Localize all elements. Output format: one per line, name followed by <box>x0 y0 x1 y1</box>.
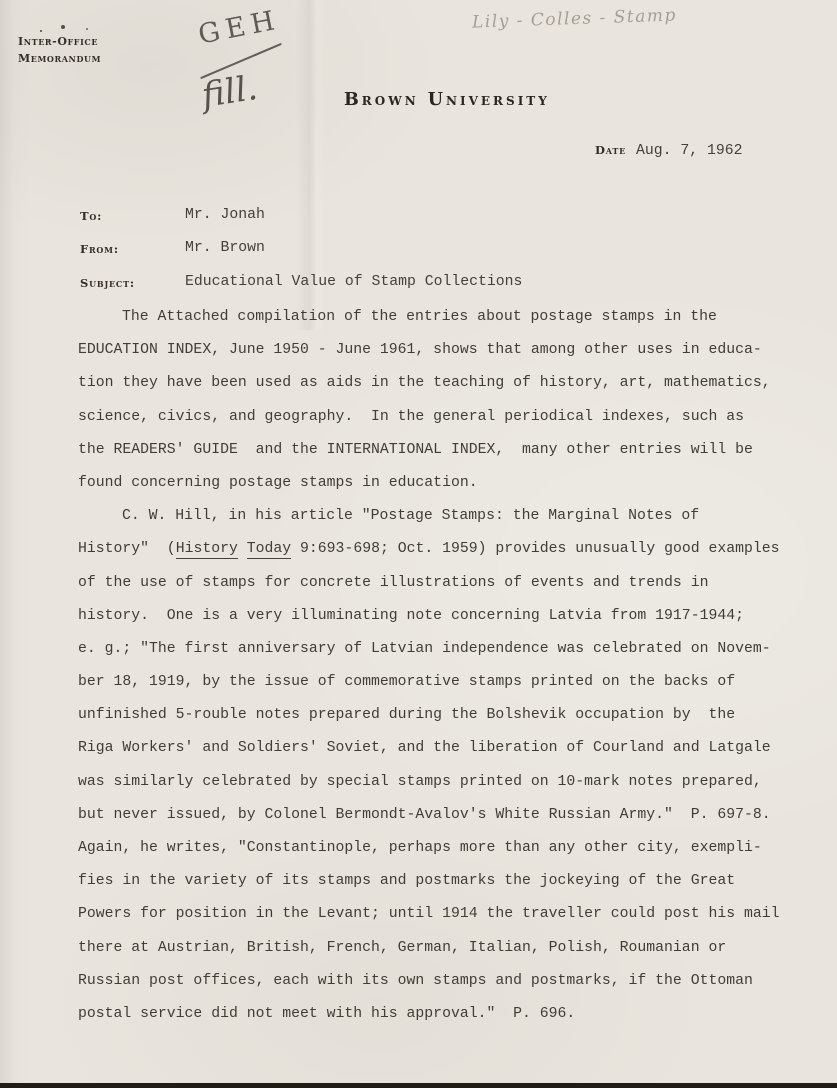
subject-value: Educational Value of Stamp Collections <box>185 274 522 290</box>
body-line: Powers for position in the Levant; until… <box>78 906 808 939</box>
body-line: of the use of stamps for concrete illust… <box>78 575 808 608</box>
body-line: unfinished 5-rouble notes prepared durin… <box>78 707 808 740</box>
from-label: From: <box>80 242 119 256</box>
handwritten-initials: GEH <box>196 4 283 50</box>
inter-office-memorandum-stamp: Inter-Office Memorandum <box>18 33 101 67</box>
body-line: found concerning postage stamps in educa… <box>78 475 808 508</box>
body-line: C. W. Hill, in his article "Postage Stam… <box>78 508 808 541</box>
body-line: The Attached compilation of the entries … <box>78 309 808 342</box>
from-value: Mr. Brown <box>185 240 265 256</box>
stamp-line-2: Memorandum <box>18 50 101 67</box>
body-line: e. g.; "The first anniversary of Latvian… <box>78 641 808 674</box>
to-label: To: <box>80 209 102 223</box>
body-line: fies in the variety of its stamps and po… <box>78 873 808 906</box>
stamp-line-1: Inter-Office <box>18 33 101 50</box>
body-line: there at Austrian, British, French, Germ… <box>78 940 808 973</box>
memo-page: Inter-Office Memorandum GEH fill. Lily -… <box>0 0 837 1088</box>
scan-bottom-edge <box>0 1083 837 1088</box>
body-line: history. One is a very illuminating note… <box>78 608 808 641</box>
body-line: the READERS' GUIDE and the INTERNATIONAL… <box>78 442 808 475</box>
handwritten-script-note: fill. <box>199 68 260 116</box>
body-line: Russian post offices, each with its own … <box>78 973 808 1006</box>
body-line: EDUCATION INDEX, June 1950 - June 1961, … <box>78 342 808 375</box>
date-label: Date <box>595 143 626 157</box>
body-line: but never issued, by Colonel Bermondt-Av… <box>78 807 808 840</box>
handwritten-pencil-note: Lily - Colles - Stamp <box>472 5 677 32</box>
subject-label: Subject: <box>80 276 135 290</box>
memo-body: The Attached compilation of the entries … <box>78 309 808 1039</box>
body-line: science, civics, and geography. In the g… <box>78 409 808 442</box>
body-line: ber 18, 1919, by the issue of commemorat… <box>78 674 808 707</box>
date-row: Date Aug. 7, 1962 <box>595 143 743 159</box>
to-value: Mr. Jonah <box>185 207 265 223</box>
body-line: tion they have been used as aids in the … <box>78 375 808 408</box>
date-value: Aug. 7, 1962 <box>636 143 743 159</box>
body-line: postal service did not meet with his app… <box>78 1006 808 1039</box>
body-line: History" (History Today 9:693-698; Oct. … <box>78 541 808 574</box>
paper-specks <box>40 30 42 32</box>
body-line: was similarly celebrated by special stam… <box>78 774 808 807</box>
institution-title: Brown University <box>344 90 550 110</box>
body-line: Riga Workers' and Soldiers' Soviet, and … <box>78 740 808 773</box>
body-line: Again, he writes, "Constantinople, perha… <box>78 840 808 873</box>
